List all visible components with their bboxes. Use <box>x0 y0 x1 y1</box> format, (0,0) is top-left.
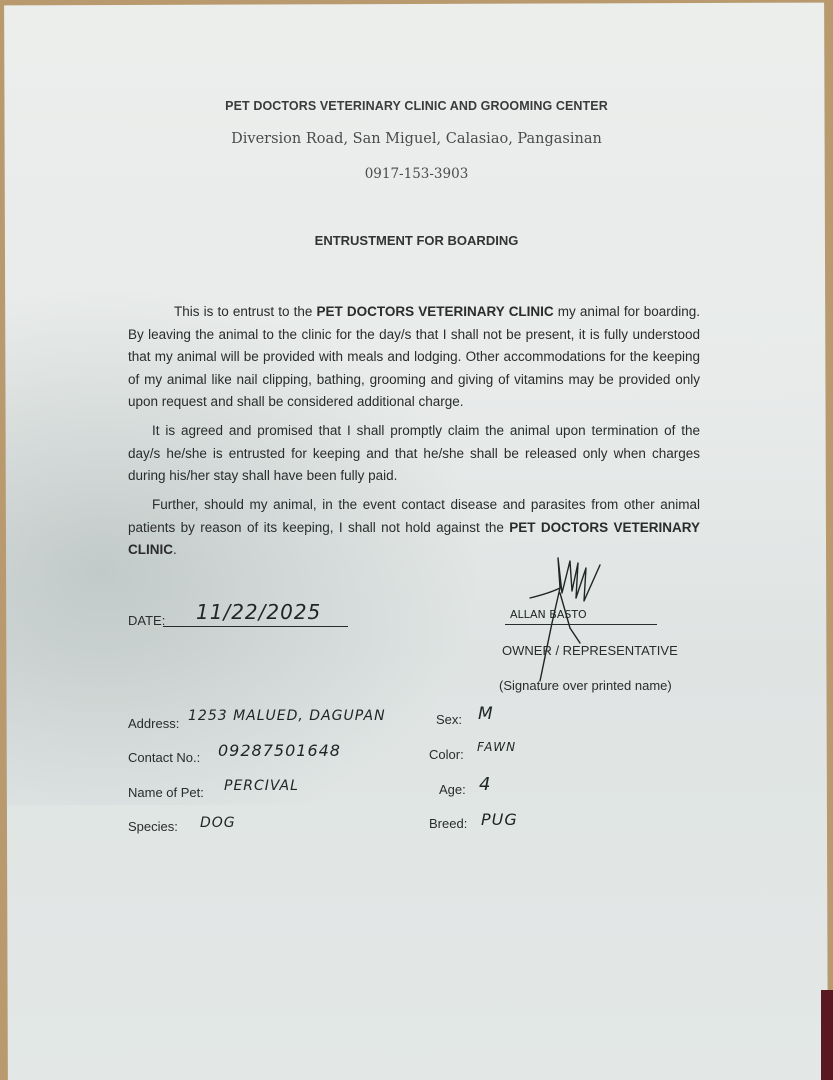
paragraph-3: Further, should my animal, in the event … <box>128 494 700 562</box>
paragraph-2: It is agreed and promised that I shall p… <box>128 420 700 488</box>
p1-text-a: This is to entrust to the <box>174 304 317 319</box>
address-value[interactable]: 1253 MALUED, DAGUPAN <box>188 708 386 724</box>
pet-name-label: Name of Pet: <box>128 785 204 800</box>
sex-label: Sex: <box>436 712 462 727</box>
paragraph-1: This is to entrust to the PET DOCTORS VE… <box>128 301 700 414</box>
date-value[interactable]: 11/22/2025 <box>196 600 321 624</box>
species-label: Species: <box>128 819 178 834</box>
p1-text-b: my animal for boarding. By leaving the a… <box>128 304 700 409</box>
date-label: DATE: <box>128 613 165 628</box>
p3-text-b: . <box>173 542 177 557</box>
document-title: ENTRUSTMENT FOR BOARDING <box>0 233 833 248</box>
signature-note: (Signature over printed name) <box>499 678 672 693</box>
clinic-name: PET DOCTORS VETERINARY CLINIC AND GROOMI… <box>0 99 833 113</box>
date-underline <box>163 626 348 627</box>
color-label: Color: <box>429 747 464 762</box>
clinic-phone: 0917-153-3903 <box>0 166 833 182</box>
breed-label: Breed: <box>429 816 467 831</box>
contact-value[interactable]: 09287501648 <box>218 741 341 760</box>
pet-name-value[interactable]: PERCIVAL <box>224 778 299 794</box>
age-label: Age: <box>439 782 466 797</box>
address-label: Address: <box>128 716 179 731</box>
breed-value[interactable]: PUG <box>481 810 518 829</box>
color-value[interactable]: FAWN <box>477 740 516 754</box>
background-object <box>821 990 833 1080</box>
age-value[interactable]: 4 <box>479 774 491 795</box>
p1-clinic-name: PET DOCTORS VETERINARY CLINIC <box>317 304 554 319</box>
printed-name[interactable]: ALLAN BASTO <box>510 608 587 621</box>
sex-value[interactable]: M <box>478 704 494 724</box>
p2-text: It is agreed and promised that I shall p… <box>128 423 700 483</box>
contact-label: Contact No.: <box>128 750 200 765</box>
species-value[interactable]: DOG <box>200 815 236 831</box>
signature-line <box>505 624 657 625</box>
clinic-address: Diversion Road, San Miguel, Calasiao, Pa… <box>0 131 833 147</box>
owner-label: OWNER / REPRESENTATIVE <box>502 643 678 658</box>
